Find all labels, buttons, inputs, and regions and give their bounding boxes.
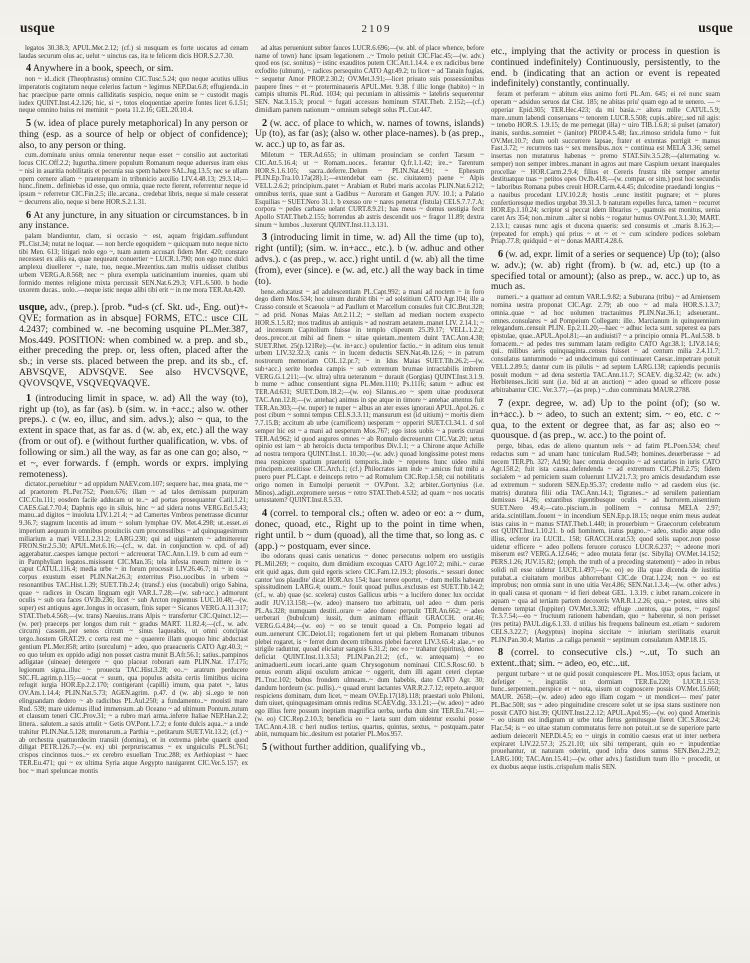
citation-block: Miletum ~ TER.Ad.655; in ultimam prouinc… — [255, 152, 484, 229]
definition-text: (w. ad, expr. limit of a series or seque… — [491, 249, 720, 292]
citation-block: ad altas perueniunt subter fauces LUCR.6… — [255, 45, 484, 115]
running-headword-left: usque — [20, 20, 55, 36]
sense-heading: 7 (expr. degree, w. ad) Up to the point … — [491, 398, 720, 442]
dictionary-page: usque 2109 usque legatos 30.38.3; APUL.M… — [0, 0, 750, 963]
citation-text: perge, bibas, edas de alieno quantum uel… — [491, 443, 720, 643]
sense-heading: 6 (w. ad, expr. limit of a series or seq… — [491, 249, 720, 293]
definition-text: At any juncture, in any situation or cir… — [19, 210, 248, 232]
sense-heading: 3 (introducing limit in time, w. ad) All… — [255, 232, 484, 287]
definition-text: (correl. to temporal cls.; often w. adeo… — [255, 508, 484, 551]
sense-number: 4 — [26, 63, 31, 74]
sense-heading: 2 (w. acc. of place to which, w. names o… — [255, 118, 484, 151]
sense-number: 3 — [262, 232, 267, 243]
definition-text: (without further addition, qualifying vb… — [270, 742, 426, 753]
sense-number: 5 — [262, 742, 267, 753]
sense-number: 1 — [26, 393, 31, 404]
definition-text: (w. acc. of place to which, w. names of … — [255, 118, 484, 151]
sense-heading: 1 (introducing limit in space, w. ad) Al… — [19, 393, 248, 481]
sense-heading: 5 (without further addition, qualifying … — [255, 742, 484, 754]
citation-text: pergunt turbare ~ ut ne quid possit conq… — [491, 671, 720, 771]
sense-heading: 6 At any juncture, in any situation or c… — [19, 210, 248, 233]
citation-text: bene..educatust ~ ad adulescentiam PL.Ca… — [255, 289, 484, 505]
text-columns: legatos 30.38.3; APUL.Met.2.12; (cf.) si… — [19, 44, 735, 952]
sense-number: 8 — [498, 647, 503, 658]
citation-block: palam blandiuntur, clam, si occasio ~ es… — [19, 233, 248, 295]
citation-block: pergunt turbare ~ ut ne quid possit conq… — [491, 671, 720, 772]
running-headword-right: usque — [698, 20, 733, 36]
definition-text: adv., (prep.). [prob. *ud-s (cf. Skt. ud… — [19, 302, 248, 389]
sense-heading: 4 (correl. to temporal cls.; often w. ad… — [255, 508, 484, 552]
citation-text: dictator..peruehitur ~ ad oppidum NAEV.c… — [19, 481, 248, 774]
column-right: etc., implying that the activity or proc… — [491, 44, 720, 952]
citation-text: ibo odorans quasi canis uenaticus ~ done… — [255, 553, 484, 738]
citation-text: Miletum ~ TER.Ad.655; in ultimam prouinc… — [255, 152, 484, 229]
definition-text: Anywhere in a book, speech, or sim. — [33, 63, 173, 74]
citation-text: ad altas perueniunt subter fauces LUCR.6… — [255, 45, 484, 114]
definition-text: (introducing limit in space, w. ad) All … — [19, 393, 248, 480]
citation-block: perge, bibas, edas de alieno quantum uel… — [491, 443, 720, 644]
page-number: 2109 — [55, 23, 698, 35]
entry-headword: usque, — [19, 302, 47, 313]
sense-heading: 8 (correl. to consecutive cls.) ~..ut, T… — [491, 647, 720, 670]
citation-text: numeri..~ a quattuor ad centum VAR.L.9.8… — [491, 294, 720, 394]
entry-paragraph: usque, adv., (prep.). [prob. *ud-s (cf. … — [19, 302, 248, 390]
citation-text: palam blandiuntur, clam, si occasio ~ es… — [19, 233, 248, 294]
sense-number: 6 — [498, 249, 503, 260]
sense-heading: 5 (w. idea of place purely metaphorical)… — [19, 118, 248, 151]
citation-text: non ~ id..dicit (Theophrastus) omnino CI… — [19, 76, 248, 114]
definition-text: (correl. to consecutive cls.) ~..ut, To … — [491, 647, 720, 669]
sense-number: 5 — [26, 118, 31, 129]
sense-number: 2 — [262, 118, 267, 129]
sense-number: 7 — [498, 398, 503, 409]
citation-block: non ~ id..dicit (Theophrastus) omnino CI… — [19, 76, 248, 115]
sense-heading: 4 Anywhere in a book, speech, or sim. — [19, 63, 248, 75]
citation-block: numeri..~ a quattuor ad centum VAR.L.9.8… — [491, 294, 720, 395]
citation-text: feram et perferam ~ abitum eius animo fo… — [491, 91, 720, 245]
sense-number: 6 — [26, 210, 31, 221]
definition-text: (introducing limit in time, w. ad) All t… — [255, 232, 484, 286]
citation-text: legatos 30.38.3; APUL.Met.2.12; (cf.) si… — [19, 45, 248, 60]
definition-text: (w. idea of place purely metaphorical) I… — [19, 118, 248, 151]
column-middle: ad altas perueniunt subter fauces LUCR.6… — [255, 44, 484, 952]
citation-block: legatos 30.38.3; APUL.Met.2.12; (cf.) si… — [19, 45, 248, 60]
citation-text: cum..dominatu unius omnia tenerentur neq… — [19, 152, 248, 205]
citation-block: feram et perferam ~ abitum eius animo fo… — [491, 91, 720, 246]
citation-block: dictator..peruehitur ~ ad oppidum NAEV.c… — [19, 481, 248, 775]
definition-text: etc., implying that the activity or proc… — [491, 46, 720, 89]
definition-text: (expr. degree, w. ad) Up to the point (o… — [491, 398, 720, 441]
citation-block: bene..educatust ~ ad adulescentiam PL.Ca… — [255, 289, 484, 506]
citation-block: cum..dominatu unius omnia tenerentur neq… — [19, 152, 248, 206]
sense-heading-continuation: etc., implying that the activity or proc… — [491, 47, 720, 90]
sense-number: 4 — [262, 508, 267, 519]
citation-block: ibo odorans quasi canis uenaticus ~ done… — [255, 553, 484, 739]
column-left: legatos 30.38.3; APUL.Met.2.12; (cf.) si… — [19, 44, 248, 952]
page-header: usque 2109 usque — [20, 20, 733, 36]
